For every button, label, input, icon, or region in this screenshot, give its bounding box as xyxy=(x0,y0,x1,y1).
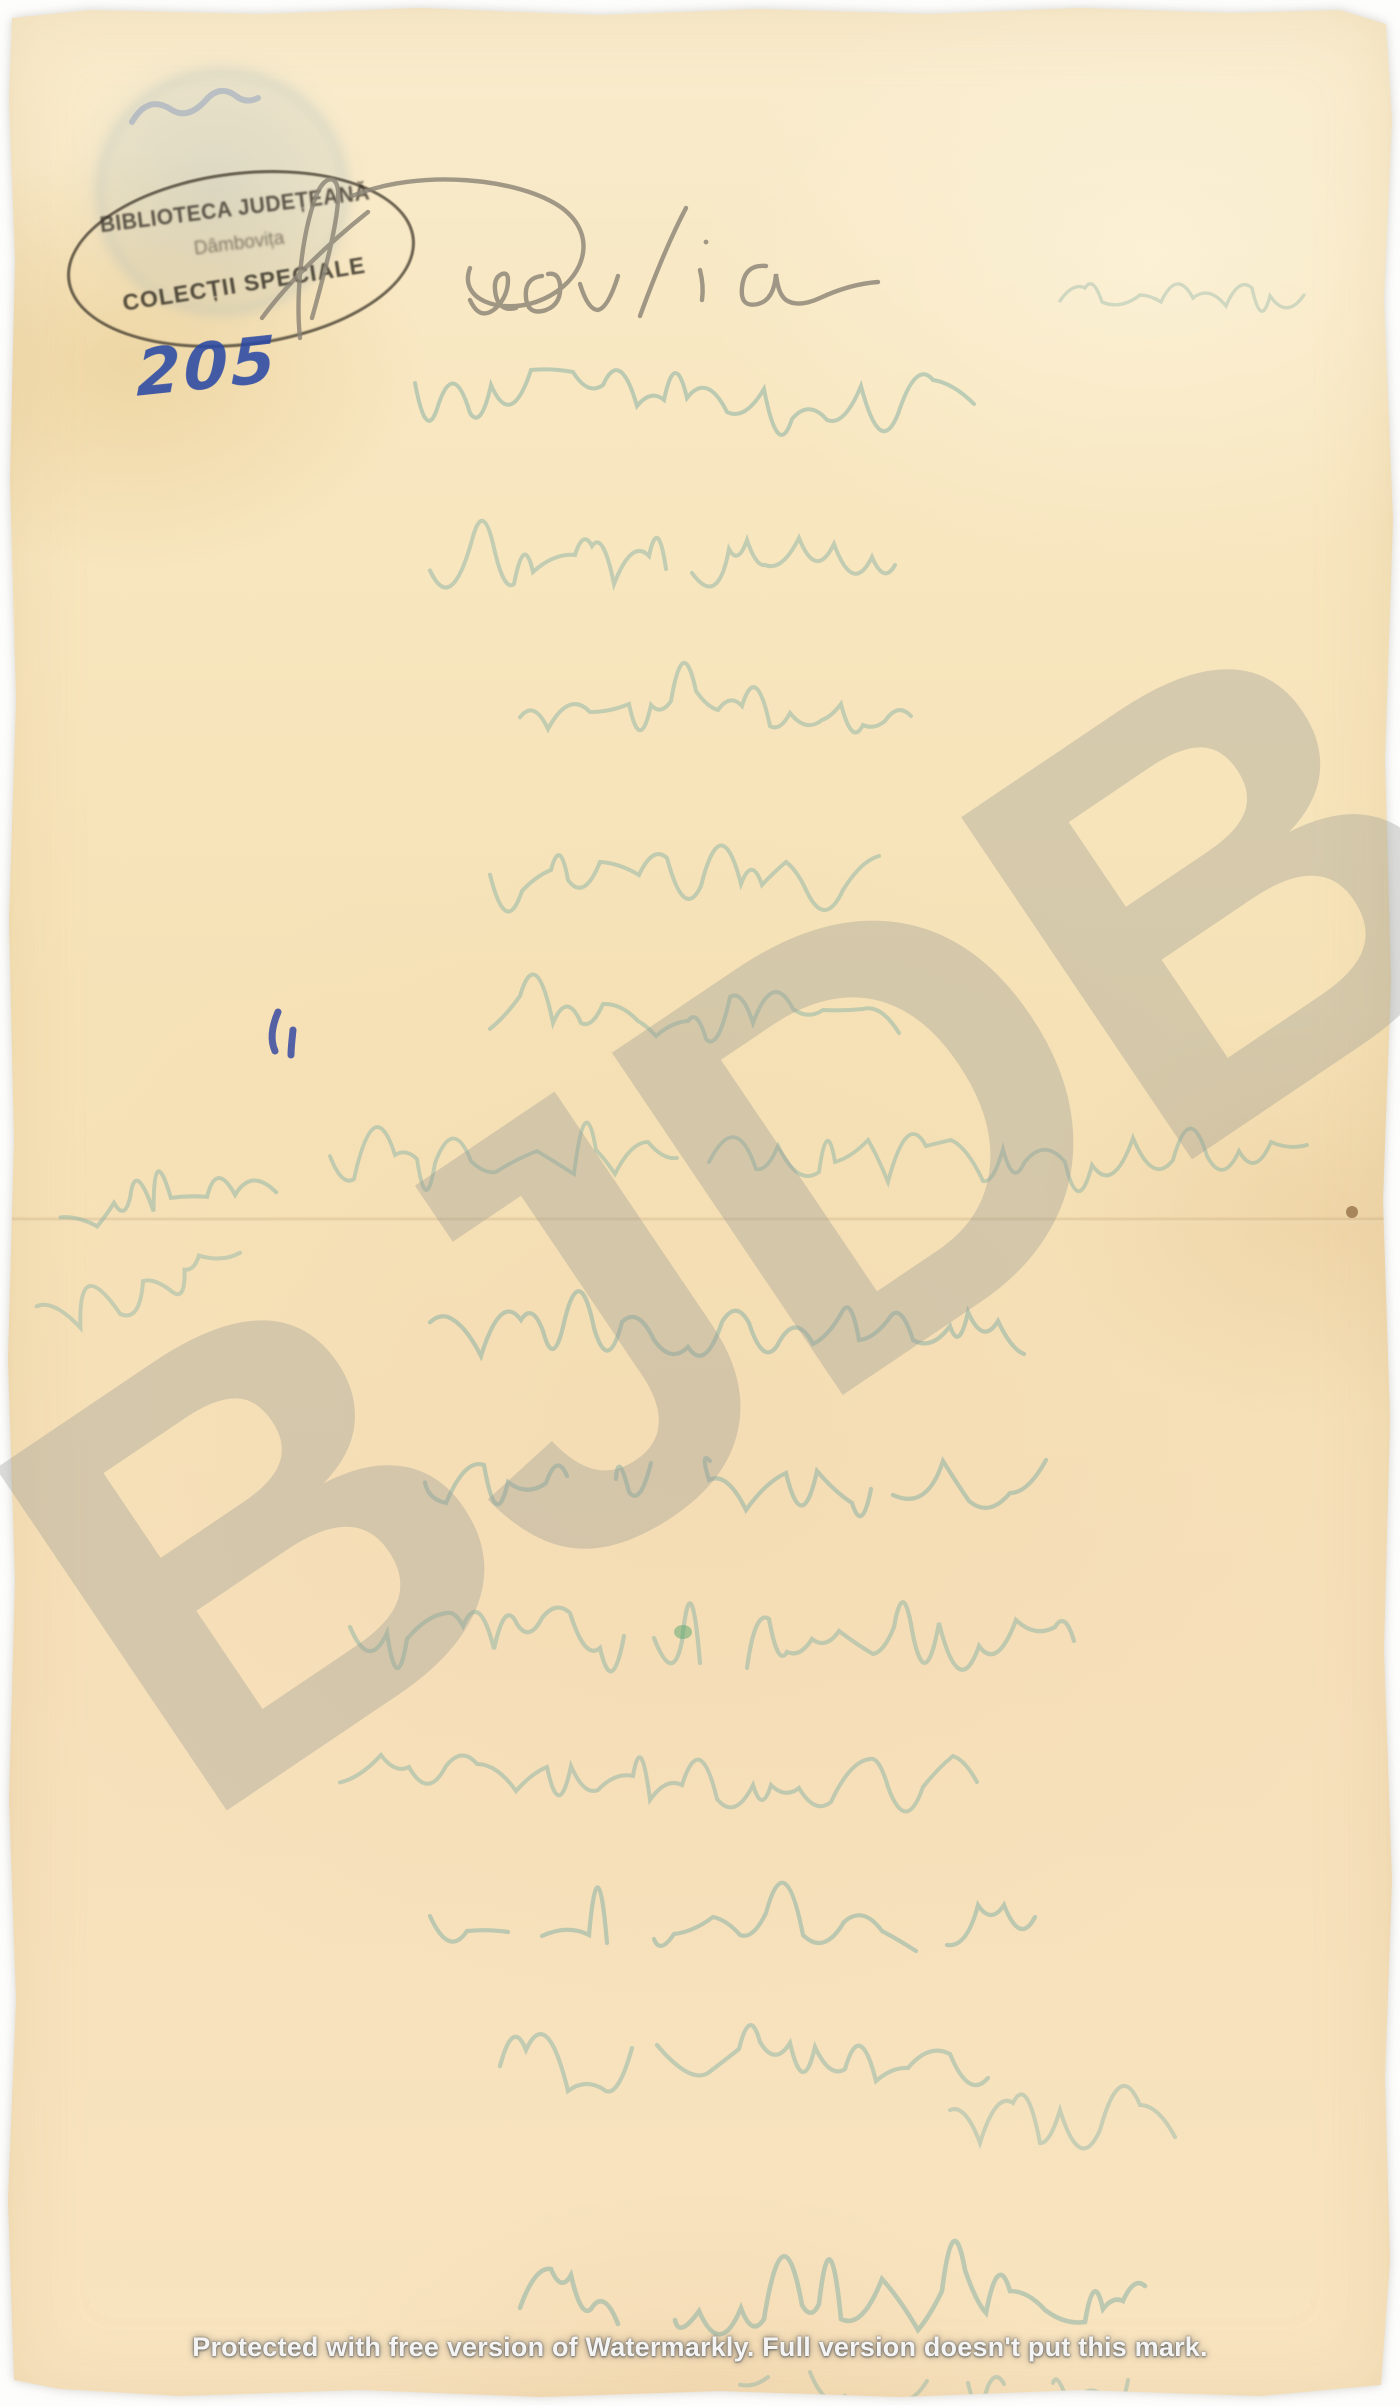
inventory-number: 205 xyxy=(136,322,278,411)
document-scan: BIBLIOTECA JUDEȚEANĂ Dâmbovița COLECȚII … xyxy=(0,0,1400,2406)
watermarkly-notice: Protected with free version of Watermark… xyxy=(0,2332,1400,2363)
